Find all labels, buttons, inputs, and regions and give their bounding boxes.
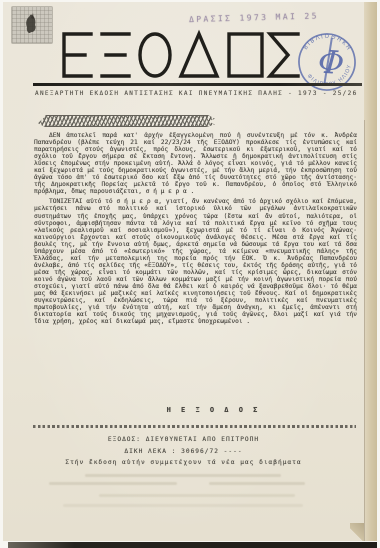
bleed-through [63, 504, 303, 507]
body-text: ΔΕΝ ἀποτελεῖ παρά κατ' ἀρχήν ἐξαγγελομέν… [34, 132, 357, 328]
title-letters-icon [55, 27, 301, 83]
paragraph-1: ΔΕΝ ἀποτελεῖ παρά κατ' ἀρχήν ἐξαγγελομέν… [34, 132, 357, 195]
scan-bottom-edge [8, 542, 377, 548]
footer-line-3: Στήν ἔκδοση αὐτήν συμμετέχουν τά νέα μας… [3, 457, 364, 469]
bleed-through [209, 482, 305, 485]
bleed-through [49, 482, 177, 485]
bleed-through [85, 474, 281, 477]
signature: Η Ε Ξ Ο Δ Ο Σ [3, 406, 364, 414]
hatched-banner-icon [38, 115, 215, 127]
footer-line-2: ΔΙΚΗ ΛΕΚΑ : 30696/72 ---- [3, 446, 364, 458]
masthead-subtitle: ΑΝΕΞΑΡΤΗΤΗ ΕΚΔΟΣΗ ΑΝΤΙΣΤΑΣΗΣ ΚΑΙ ΠΝΕΥΜΑΤ… [35, 90, 363, 97]
received-date-stamp: ΔΡΑΣΙΣ 1973 ΜΑΙ 25 [189, 11, 339, 24]
masthead-title [55, 27, 301, 87]
dashed-separator [33, 425, 356, 428]
masthead-rule [33, 83, 362, 86]
library-round-stamp: ΒΙΒΛΙΟΘΗΚΗ ΦΙΛΙΠΠΟΥ ΗΛΙΟΥ Φ [289, 24, 365, 100]
emblem-stamp-icon [11, 6, 53, 44]
page-edge-shadow [364, 120, 365, 541]
bleed-through [99, 494, 295, 497]
page-corner [350, 523, 364, 541]
paragraph-2: ΤΟΝΙΖΕΤΑΙ αὐτό τό σ ή μ ε ρ α, γιατί, ἄν… [34, 198, 357, 325]
scanned-page: ΔΡΑΣΙΣ 1973 ΜΑΙ 25 [3, 2, 364, 541]
footer-line-1: ΕΞΟΔΟΣ: ΔΙΕΥΘΥΝΕΤΑΙ ΑΠΟ ΕΠΙΤΡΟΠΗ [3, 434, 364, 446]
ink-blob-icon [12, 7, 52, 43]
page-edge-strip [364, 2, 377, 541]
footer: ΕΞΟΔΟΣ: ΔΙΕΥΘΥΝΕΤΑΙ ΑΠΟ ΕΠΙΤΡΟΠΗ ΔΙΚΗ ΛΕ… [3, 434, 364, 469]
